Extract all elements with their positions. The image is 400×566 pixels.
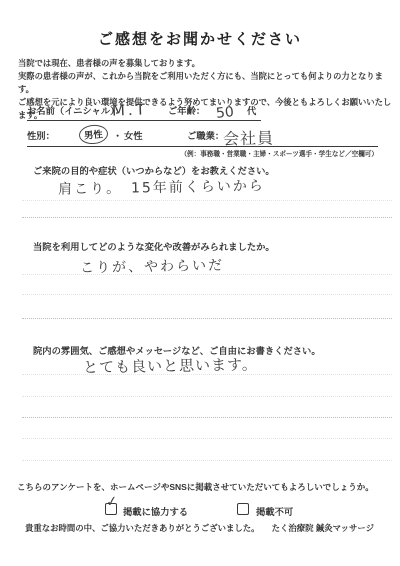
intro-line-1: 当院では現在、患者様の声を募集しております。 (18, 57, 394, 70)
name-age-row: お名前（イニシャル）： M.T ご年齢： 50 代 (27, 99, 261, 121)
answer-rule-line (22, 438, 392, 439)
check-mark-icon: ✓ (105, 494, 119, 509)
clinic-name: たく治療院 鍼灸マッサージ (272, 522, 374, 534)
publish-permission-question: こちらのアンケートを、ホームページやSNSに掲載させていただいてもよろしいでしょ… (17, 481, 398, 493)
answer-rule-line (22, 460, 392, 461)
name-label: お名前（イニシャル）： (27, 103, 124, 117)
answer-rule-line (22, 318, 392, 319)
answer-rule-line (22, 374, 392, 375)
occupation-hint: （例：事務職・営業職・主婦・スポーツ選手・学生など／空欄可） (180, 148, 378, 158)
gender-label: 性別： (27, 128, 55, 142)
page-title: ご感想をお聞かせください (0, 28, 400, 49)
gender-male-option-circled[interactable]: 男性 (78, 124, 108, 145)
publish-allow-checkbox[interactable]: ✓ (105, 503, 117, 515)
answer-rule-line (22, 396, 392, 397)
publish-options-row: ✓ 掲載に協力する ✓ 掲載不可 (0, 500, 400, 518)
age-suffix-label: 代 (247, 103, 256, 117)
footer-row: 貴重なお時間の中、ご協力いただきありがとうございました。 たく治療院 鍼灸マッサ… (25, 522, 378, 534)
age-handwritten-value: 50 (215, 104, 234, 122)
answer-rule-line (22, 200, 392, 201)
answer-rule-line (22, 417, 392, 418)
publish-allow-label: 掲載に協力する (123, 504, 188, 518)
name-handwritten-value: M.T (112, 100, 148, 119)
question-2-label: 当院を利用してどのような変化や改善がみられましたか。 (33, 239, 275, 253)
occupation-handwritten-value: 会社員 (223, 126, 274, 150)
answer-rule-line (22, 294, 392, 295)
publish-deny-label: 掲載不可 (256, 504, 293, 518)
gender-separator: ・ (113, 128, 122, 142)
occupation-label: ご職業： (187, 128, 224, 142)
publish-deny-checkbox[interactable]: ✓ (237, 503, 249, 515)
intro-line-2: 実際の患者様の声が、これから当院をご利用いただく方にも、当院にとっても何よりの力… (18, 70, 394, 96)
thanks-text: 貴重なお時間の中、ご協力いただきありがとうございました。 (25, 523, 260, 533)
gender-occupation-row: 性別： 男性 ・ 女性 ご職業： 会社員 (27, 124, 378, 147)
answer-rule-line (22, 217, 392, 218)
question-1-handwritten-answer: 肩こり。 15年前くらいから (58, 175, 265, 199)
survey-form-page: ご感想をお聞かせください 当院では現在、患者様の声を募集しております。 実際の患… (0, 0, 400, 566)
age-label: ご年齢： (168, 103, 205, 117)
gender-female-option[interactable]: 女性 (124, 128, 143, 142)
answer-rule-line (22, 274, 392, 275)
